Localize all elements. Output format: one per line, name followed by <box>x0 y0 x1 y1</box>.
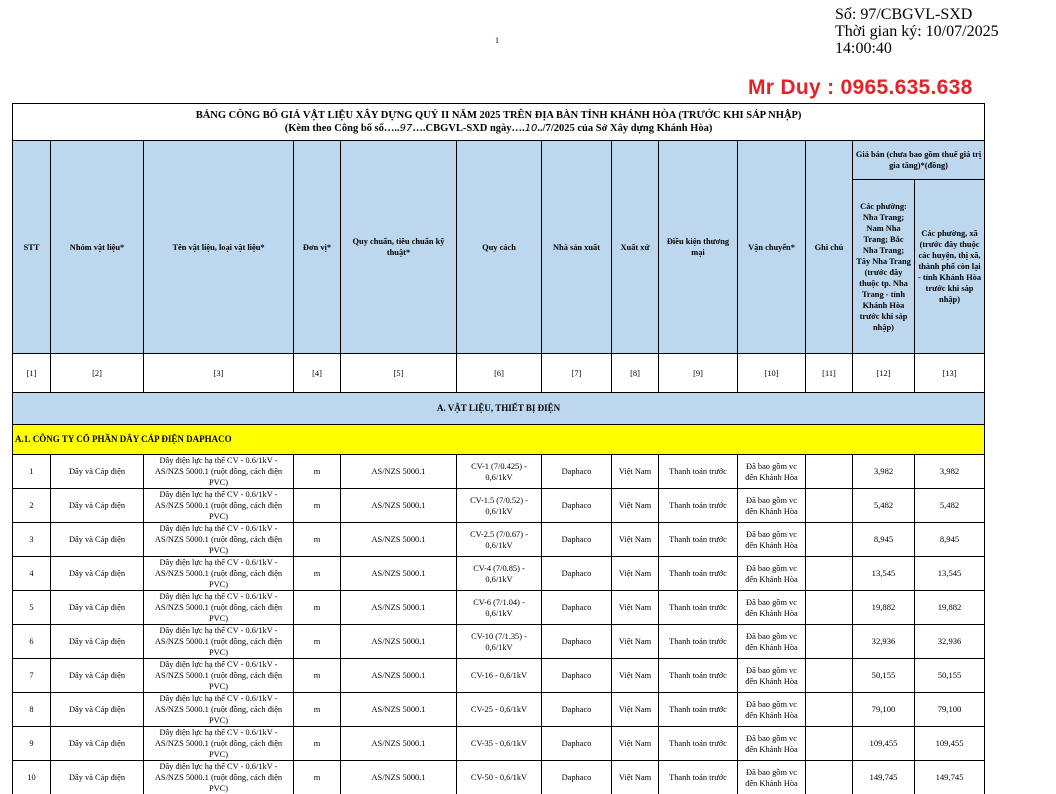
cell-standard: AS/NZS 5000.1 <box>341 625 457 659</box>
cell-unit: m <box>294 455 341 489</box>
cell-stt: 7 <box>13 659 51 693</box>
page-number: 1 <box>495 36 499 45</box>
header-transport: Vận chuyển* <box>738 141 806 354</box>
table-row: 6Dây và Cáp điệnDây điện lực hạ thế CV -… <box>13 625 985 659</box>
cell-unit: m <box>294 591 341 625</box>
cell-origin: Việt Nam <box>612 659 659 693</box>
cell-origin: Việt Nam <box>612 727 659 761</box>
cell-origin: Việt Nam <box>612 489 659 523</box>
cell-note <box>806 659 853 693</box>
cell-note <box>806 523 853 557</box>
cell-spec: CV-2.5 (7/0.67) - 0,6/1kV <box>457 523 542 557</box>
cell-group: Dây và Cáp điện <box>51 489 144 523</box>
cell-stt: 6 <box>13 625 51 659</box>
cell-manufacturer: Daphaco <box>542 455 612 489</box>
cell-spec: CV-35 - 0,6/1kV <box>457 727 542 761</box>
column-index-cell: [3] <box>144 354 294 393</box>
subtitle-prefix: (Kèm theo Công bố số….. <box>285 123 400 134</box>
title-sub: (Kèm theo Công bố số…..97….CBGVL-SXD ngà… <box>15 122 982 135</box>
cell-transport: Đã bao gồm vc đến Khánh Hòa <box>738 455 806 489</box>
cell-name: Dây điện lực hạ thế CV - 0.6/1kV - AS/NZ… <box>144 693 294 727</box>
cell-manufacturer: Daphaco <box>542 591 612 625</box>
header-group: Nhóm vật liệu* <box>51 141 144 354</box>
subtitle-day: 10 <box>525 123 538 134</box>
cell-price-city: 50,155 <box>853 659 915 693</box>
subtitle-suffix: ../7/2025 của Sở Xây dựng Khánh Hòa) <box>537 123 712 134</box>
cell-transport: Đã bao gồm vc đến Khánh Hòa <box>738 693 806 727</box>
table-title: BẢNG CÔNG BỐ GIÁ VẬT LIỆU XÂY DỰNG QUÝ I… <box>13 104 985 141</box>
cell-stt: 1 <box>13 455 51 489</box>
signed-time: Thời gian ký: 10/07/2025 14:00:40 <box>835 23 1056 57</box>
cell-note <box>806 455 853 489</box>
cell-transport: Đã bao gồm vc đến Khánh Hòa <box>738 489 806 523</box>
cell-manufacturer: Daphaco <box>542 489 612 523</box>
cell-spec: CV-1.5 (7/0.52) - 0,6/1kV <box>457 489 542 523</box>
cell-spec: CV-25 - 0,6/1kV <box>457 693 542 727</box>
cell-note <box>806 727 853 761</box>
price-table: BẢNG CÔNG BỐ GIÁ VẬT LIỆU XÂY DỰNG QUÝ I… <box>12 103 985 794</box>
section-a-row: A. VẬT LIỆU, THIẾT BỊ ĐIỆN <box>13 393 985 425</box>
cell-transport: Đã bao gồm vc đến Khánh Hòa <box>738 659 806 693</box>
subtitle-number: 97 <box>400 123 413 134</box>
cell-spec: CV-10 (7/1.35) - 0,6/1kV <box>457 625 542 659</box>
cell-price-other: 5,482 <box>915 489 985 523</box>
cell-standard: AS/NZS 5000.1 <box>341 557 457 591</box>
cell-price-other: 109,455 <box>915 727 985 761</box>
cell-group: Dây và Cáp điện <box>51 727 144 761</box>
cell-origin: Việt Nam <box>612 455 659 489</box>
cell-name: Dây điện lực hạ thế CV - 0.6/1kV - AS/NZ… <box>144 557 294 591</box>
cell-manufacturer: Daphaco <box>542 727 612 761</box>
cell-group: Dây và Cáp điện <box>51 625 144 659</box>
signature-block: Số: 97/CBGVL-SXD Thời gian ký: 10/07/202… <box>835 6 1056 57</box>
header-price-group: Giá bán (chưa bao gồm thuế giá trị gia t… <box>853 141 985 180</box>
section-a1-row: A.1. CÔNG TY CỔ PHẦN DÂY CÁP ĐIỆN DAPHAC… <box>13 425 985 455</box>
column-index-cell: [7] <box>542 354 612 393</box>
cell-price-city: 3,982 <box>853 455 915 489</box>
title-main: BẢNG CÔNG BỐ GIÁ VẬT LIỆU XÂY DỰNG QUÝ I… <box>15 109 982 122</box>
cell-manufacturer: Daphaco <box>542 693 612 727</box>
cell-group: Dây và Cáp điện <box>51 523 144 557</box>
cell-standard: AS/NZS 5000.1 <box>341 455 457 489</box>
column-index-cell: [10] <box>738 354 806 393</box>
cell-name: Dây điện lực hạ thế CV - 0.6/1kV - AS/NZ… <box>144 523 294 557</box>
cell-terms: Thanh toán trước <box>659 625 738 659</box>
cell-terms: Thanh toán trước <box>659 727 738 761</box>
cell-transport: Đã bao gồm vc đến Khánh Hòa <box>738 591 806 625</box>
cell-price-city: 8,945 <box>853 523 915 557</box>
cell-unit: m <box>294 489 341 523</box>
cell-price-other: 32,936 <box>915 625 985 659</box>
cell-origin: Việt Nam <box>612 625 659 659</box>
cell-origin: Việt Nam <box>612 523 659 557</box>
column-index-cell: [4] <box>294 354 341 393</box>
cell-origin: Việt Nam <box>612 693 659 727</box>
cell-spec: CV-16 - 0,6/1kV <box>457 659 542 693</box>
cell-group: Dây và Cáp điện <box>51 693 144 727</box>
cell-transport: Đã bao gồm vc đến Khánh Hòa <box>738 625 806 659</box>
cell-price-other: 19,882 <box>915 591 985 625</box>
cell-terms: Thanh toán trước <box>659 523 738 557</box>
table-row: 4Dây và Cáp điệnDây điện lực hạ thế CV -… <box>13 557 985 591</box>
cell-price-city: 5,482 <box>853 489 915 523</box>
cell-transport: Đã bao gồm vc đến Khánh Hòa <box>738 727 806 761</box>
cell-name: Dây điện lực hạ thế CV - 0.6/1kV - AS/NZ… <box>144 659 294 693</box>
cell-unit: m <box>294 557 341 591</box>
cell-manufacturer: Daphaco <box>542 557 612 591</box>
table-row: 10Dây và Cáp điệnDây điện lực hạ thế CV … <box>13 761 985 794</box>
cell-unit: m <box>294 625 341 659</box>
section-a1-title: A.1. CÔNG TY CỔ PHẦN DÂY CÁP ĐIỆN DAPHAC… <box>13 425 985 455</box>
cell-group: Dây và Cáp điện <box>51 455 144 489</box>
cell-stt: 4 <box>13 557 51 591</box>
cell-terms: Thanh toán trước <box>659 557 738 591</box>
cell-manufacturer: Daphaco <box>542 659 612 693</box>
table-row: 5Dây và Cáp điệnDây điện lực hạ thế CV -… <box>13 591 985 625</box>
cell-terms: Thanh toán trước <box>659 693 738 727</box>
cell-group: Dây và Cáp điện <box>51 659 144 693</box>
cell-group: Dây và Cáp điện <box>51 761 144 794</box>
cell-transport: Đã bao gồm vc đến Khánh Hòa <box>738 761 806 794</box>
column-index-cell: [11] <box>806 354 853 393</box>
cell-note <box>806 625 853 659</box>
cell-note <box>806 693 853 727</box>
subtitle-mid: ….CBGVL-SXD ngày…. <box>412 123 524 134</box>
column-index-cell: [1] <box>13 354 51 393</box>
header-terms: Điều kiện thương mại <box>659 141 738 354</box>
cell-manufacturer: Daphaco <box>542 625 612 659</box>
cell-standard: AS/NZS 5000.1 <box>341 761 457 794</box>
table-row: 9Dây và Cáp điệnDây điện lực hạ thế CV -… <box>13 727 985 761</box>
cell-price-other: 3,982 <box>915 455 985 489</box>
cell-origin: Việt Nam <box>612 591 659 625</box>
cell-stt: 10 <box>13 761 51 794</box>
cell-origin: Việt Nam <box>612 761 659 794</box>
table-row: 7Dây và Cáp điệnDây điện lực hạ thế CV -… <box>13 659 985 693</box>
cell-stt: 8 <box>13 693 51 727</box>
column-index-row: [1][2][3][4][5][6][7][8][9][10][11][12][… <box>13 354 985 393</box>
column-index-cell: [2] <box>51 354 144 393</box>
cell-group: Dây và Cáp điện <box>51 591 144 625</box>
column-index-cell: [5] <box>341 354 457 393</box>
cell-standard: AS/NZS 5000.1 <box>341 693 457 727</box>
cell-price-other: 149,745 <box>915 761 985 794</box>
cell-standard: AS/NZS 5000.1 <box>341 659 457 693</box>
cell-spec: CV-4 (7/0.85) - 0,6/1kV <box>457 557 542 591</box>
cell-note <box>806 489 853 523</box>
table-row: 1Dây và Cáp điệnDây điện lực hạ thế CV -… <box>13 455 985 489</box>
cell-price-city: 32,936 <box>853 625 915 659</box>
cell-standard: AS/NZS 5000.1 <box>341 523 457 557</box>
cell-stt: 9 <box>13 727 51 761</box>
contact-watermark: Mr Duy : 0965.635.638 <box>748 76 973 100</box>
cell-unit: m <box>294 693 341 727</box>
header-stt: STT <box>13 141 51 354</box>
cell-manufacturer: Daphaco <box>542 761 612 794</box>
cell-terms: Thanh toán trước <box>659 761 738 794</box>
header-origin: Xuất xứ <box>612 141 659 354</box>
cell-name: Dây điện lực hạ thế CV - 0.6/1kV - AS/NZ… <box>144 761 294 794</box>
cell-name: Dây điện lực hạ thế CV - 0.6/1kV - AS/NZ… <box>144 455 294 489</box>
cell-spec: CV-1 (7/0.425) - 0,6/1kV <box>457 455 542 489</box>
cell-stt: 3 <box>13 523 51 557</box>
table-title-row: BẢNG CÔNG BỐ GIÁ VẬT LIỆU XÂY DỰNG QUÝ I… <box>13 104 985 141</box>
cell-standard: AS/NZS 5000.1 <box>341 489 457 523</box>
header-price-other: Các phường, xã (trước đây thuộc các huyệ… <box>915 180 985 354</box>
cell-price-city: 13,545 <box>853 557 915 591</box>
cell-terms: Thanh toán trước <box>659 455 738 489</box>
cell-stt: 5 <box>13 591 51 625</box>
cell-standard: AS/NZS 5000.1 <box>341 727 457 761</box>
cell-price-other: 8,945 <box>915 523 985 557</box>
table-row: 2Dây và Cáp điệnDây điện lực hạ thế CV -… <box>13 489 985 523</box>
document-number: Số: 97/CBGVL-SXD <box>835 6 1056 23</box>
column-index-cell: [8] <box>612 354 659 393</box>
cell-spec: CV-50 - 0,6/1kV <box>457 761 542 794</box>
cell-terms: Thanh toán trước <box>659 591 738 625</box>
cell-stt: 2 <box>13 489 51 523</box>
column-index-cell: [6] <box>457 354 542 393</box>
header-name: Tên vật liệu, loại vật liệu* <box>144 141 294 354</box>
cell-price-other: 50,155 <box>915 659 985 693</box>
cell-standard: AS/NZS 5000.1 <box>341 591 457 625</box>
header-manufacturer: Nhà sản xuất <box>542 141 612 354</box>
cell-price-city: 79,100 <box>853 693 915 727</box>
cell-price-other: 13,545 <box>915 557 985 591</box>
table-row: 8Dây và Cáp điệnDây điện lực hạ thế CV -… <box>13 693 985 727</box>
cell-price-other: 79,100 <box>915 693 985 727</box>
cell-unit: m <box>294 761 341 794</box>
cell-unit: m <box>294 523 341 557</box>
cell-name: Dây điện lực hạ thế CV - 0.6/1kV - AS/NZ… <box>144 727 294 761</box>
cell-note <box>806 761 853 794</box>
header-price-city: Các phường: Nha Trang; Nam Nha Trang; Bắ… <box>853 180 915 354</box>
cell-name: Dây điện lực hạ thế CV - 0.6/1kV - AS/NZ… <box>144 489 294 523</box>
cell-spec: CV-6 (7/1.04) - 0,6/1kV <box>457 591 542 625</box>
table-row: 3Dây và Cáp điệnDây điện lực hạ thế CV -… <box>13 523 985 557</box>
cell-manufacturer: Daphaco <box>542 523 612 557</box>
cell-transport: Đã bao gồm vc đến Khánh Hòa <box>738 523 806 557</box>
column-index-cell: [13] <box>915 354 985 393</box>
header-standard: Quy chuẩn, tiêu chuẩn kỹ thuật* <box>341 141 457 354</box>
cell-unit: m <box>294 727 341 761</box>
cell-origin: Việt Nam <box>612 557 659 591</box>
cell-price-city: 109,455 <box>853 727 915 761</box>
cell-unit: m <box>294 659 341 693</box>
section-a-title: A. VẬT LIỆU, THIẾT BỊ ĐIỆN <box>13 393 985 425</box>
header-unit: Đơn vị* <box>294 141 341 354</box>
cell-price-city: 149,745 <box>853 761 915 794</box>
column-index-cell: [9] <box>659 354 738 393</box>
cell-transport: Đã bao gồm vc đến Khánh Hòa <box>738 557 806 591</box>
cell-price-city: 19,882 <box>853 591 915 625</box>
cell-name: Dây điện lực hạ thế CV - 0.6/1kV - AS/NZ… <box>144 591 294 625</box>
column-index-cell: [12] <box>853 354 915 393</box>
cell-terms: Thanh toán trước <box>659 659 738 693</box>
cell-note <box>806 591 853 625</box>
cell-name: Dây điện lực hạ thế CV - 0.6/1kV - AS/NZ… <box>144 625 294 659</box>
header-row: STT Nhóm vật liệu* Tên vật liệu, loại vậ… <box>13 141 985 180</box>
cell-terms: Thanh toán trước <box>659 489 738 523</box>
header-spec: Quy cách <box>457 141 542 354</box>
cell-group: Dây và Cáp điện <box>51 557 144 591</box>
cell-note <box>806 557 853 591</box>
header-note: Ghi chú <box>806 141 853 354</box>
